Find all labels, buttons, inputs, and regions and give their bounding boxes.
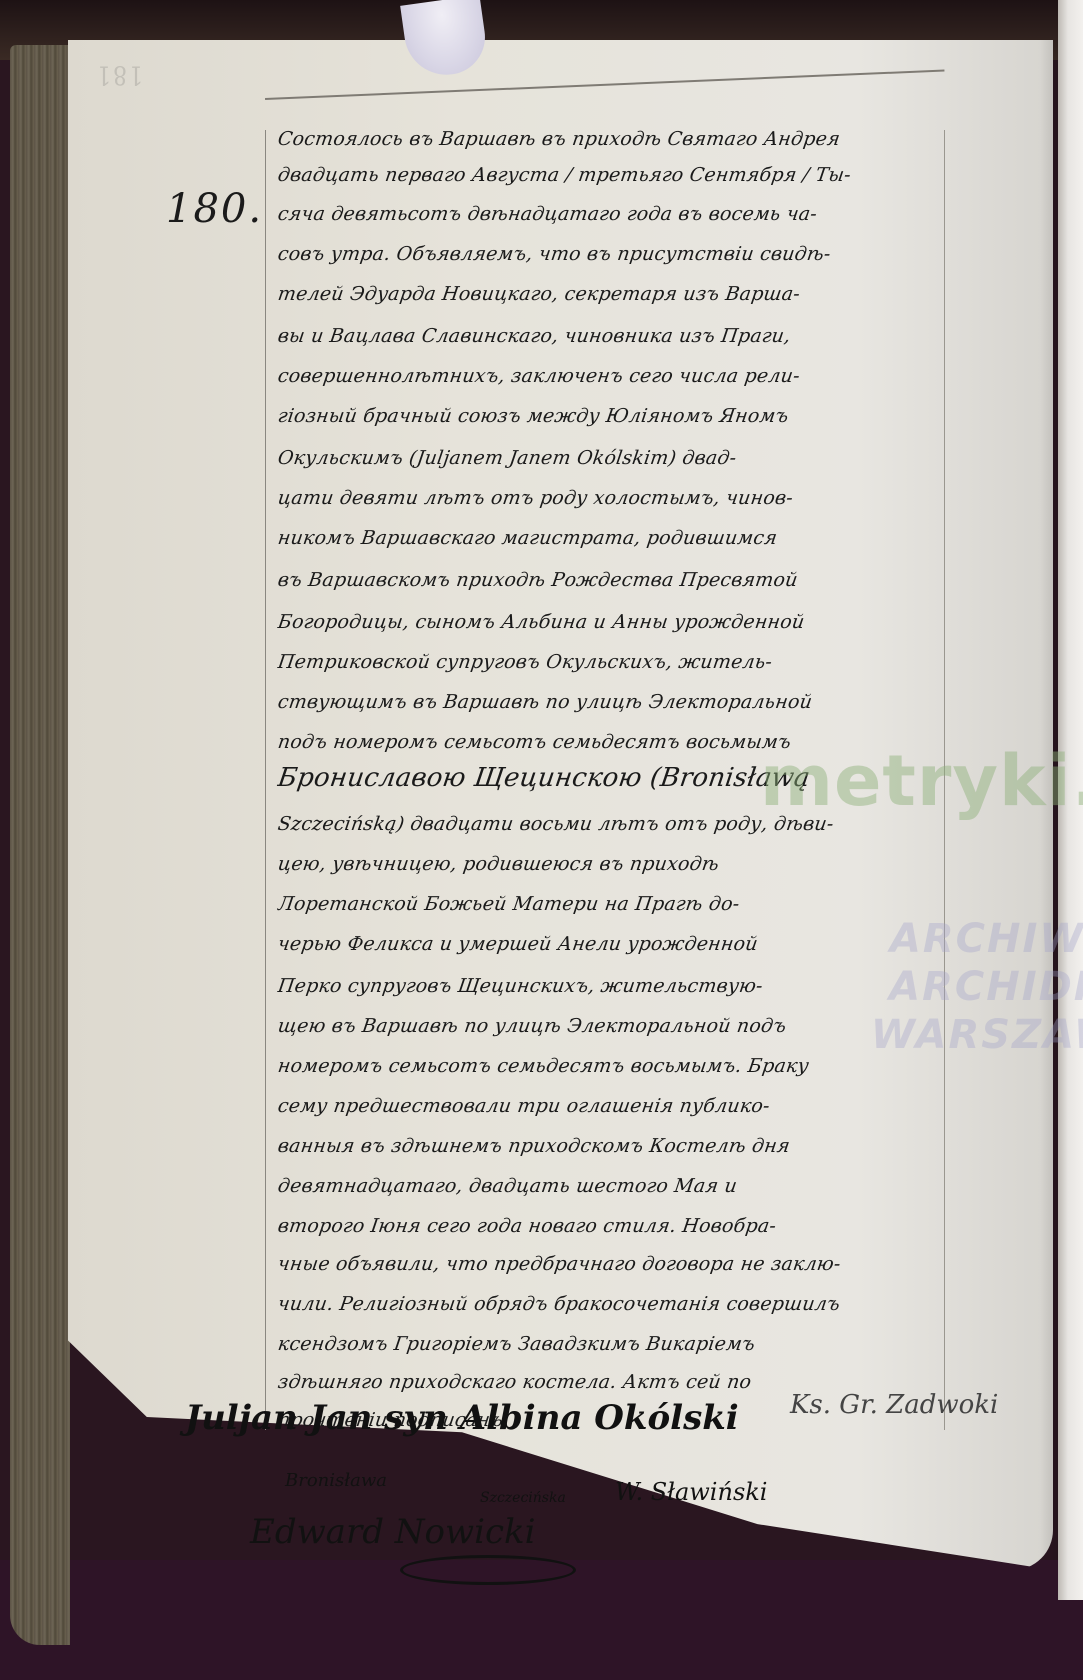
watermark-archive: ARCHIWU ARCHIDIE WARSZAW [700, 915, 1083, 1059]
record-line: телей Эдуарда Новицкаго, секретаря изъ В… [276, 283, 949, 305]
record-line: двадцать перваго Августа / третьяго Сент… [276, 164, 949, 186]
record-line: цею, увѣчницею, родившеюся въ приходѣ [276, 853, 949, 875]
record-line: Состоялось въ Варшавѣ въ приходѣ Святаго… [276, 128, 949, 150]
entry-number: 180. [166, 186, 263, 232]
record-line: никомъ Варшавскаго магистрата, родившимс… [276, 527, 949, 549]
record-line: девятнадцатаго, двадцать шестого Мая и [276, 1175, 949, 1197]
record-line: Лоретанской Божьей Матери на Прагѣ до- [276, 893, 949, 915]
record-line: чные объявили, что предбрачнаго договора… [276, 1253, 949, 1275]
signature-bride-first: Bronisława [285, 1470, 387, 1491]
signature-witness-nowicki: Edward Nowicki [250, 1512, 536, 1552]
watermark-archive-line: ARCHIDIE [700, 963, 1083, 1011]
record-line: Петриковской супруговъ Окульскихъ, жител… [276, 651, 949, 673]
record-line: чили. Религіозный обрядъ бракосочетанія … [276, 1293, 949, 1315]
record-line: ствующимъ въ Варшавѣ по улицѣ Электораль… [276, 691, 949, 713]
watermark-metryki: metryki.gen [760, 740, 1083, 822]
signature-groom: Juljan Jan syn Albina Okólski [185, 1398, 739, 1438]
record-line: сему предшествовали три оглашенія публик… [276, 1095, 949, 1117]
record-line: ксендзомъ Григоріемъ Завадзкимъ Викаріем… [276, 1333, 949, 1355]
record-line: совершеннолѣтнихъ, заключенъ сего числа … [276, 365, 949, 387]
watermark-archive-line: ARCHIWU [700, 915, 1083, 963]
record-line: второго Іюня сего года новаго стиля. Нов… [276, 1215, 949, 1237]
record-line: цати девяти лѣтъ отъ роду холостымъ, чин… [276, 487, 949, 509]
signature-bride-last: Szczecińska [480, 1490, 566, 1506]
signature-priest: Ks. Gr. Zadwoki [790, 1390, 998, 1420]
signature-flourish [400, 1555, 576, 1585]
record-line: совъ утра. Объявляемъ, что въ присутстві… [276, 243, 949, 265]
record-line: въ Варшавскомъ приходѣ Рождества Пресвят… [276, 569, 949, 591]
record-line: вы и Вацлава Славинскаго, чиновника изъ … [276, 325, 949, 347]
page-number: 181 [95, 60, 143, 90]
book-page-edges [10, 45, 70, 1645]
record-line: сяча девятьсотъ двѣнадцатаго года въ вос… [276, 203, 949, 225]
watermark-archive-line: WARSZAW [700, 1011, 1083, 1059]
record-line: Окульскимъ (Juljanem Janem Okólskim) два… [276, 447, 949, 469]
record-line: ванныя въ здѣшнемъ приходскомъ Костелѣ д… [276, 1135, 949, 1157]
record-line: Богородицы, сыномъ Альбина и Анны урожде… [276, 611, 949, 633]
signature-witness-slawinski: W. Sławiński [615, 1478, 767, 1506]
record-line: гіозный брачный союзъ между Юліяномъ Яно… [276, 405, 949, 427]
